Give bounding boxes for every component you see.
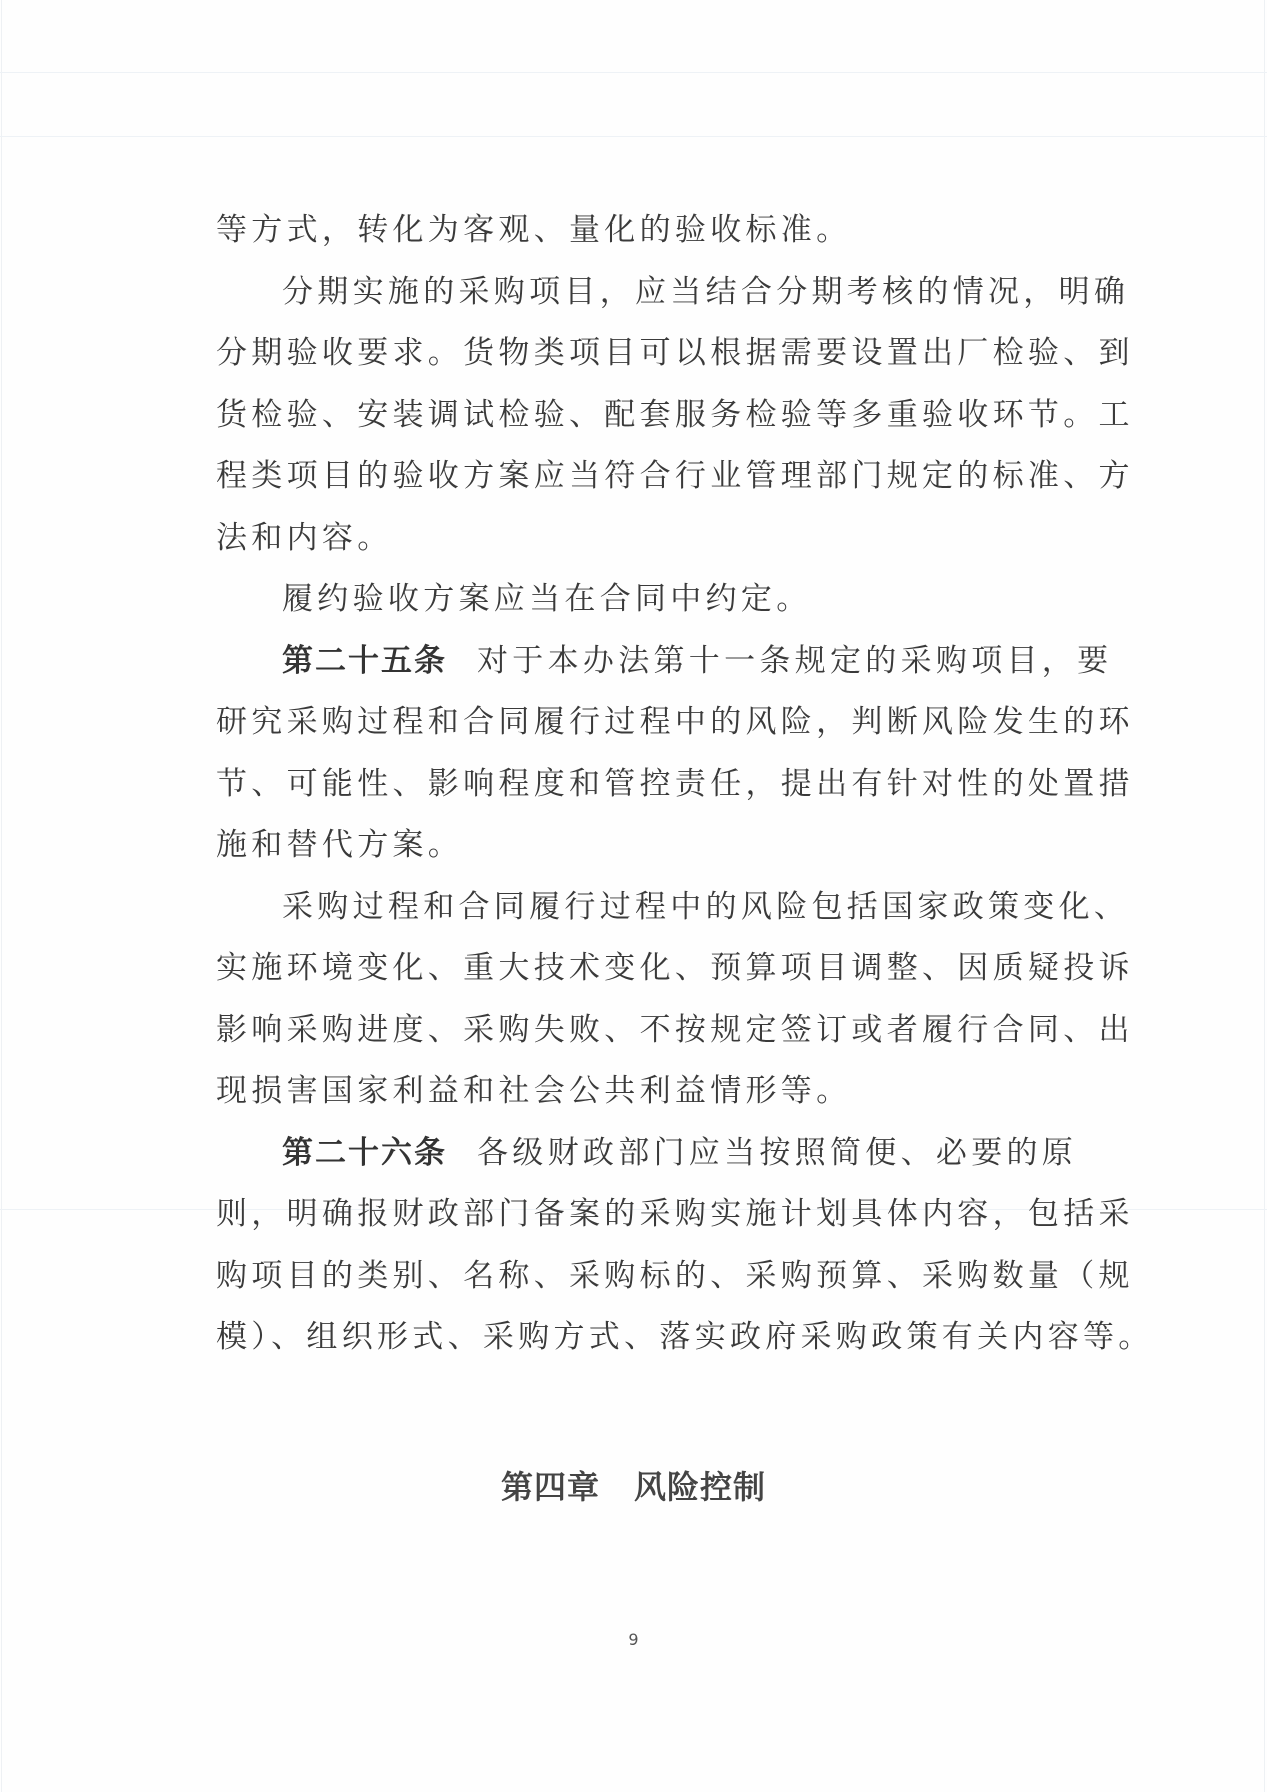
page-number: 9 [0,1630,1267,1649]
paragraph-line: 等方式，转化为客观、量化的验收标准。 [216,200,1052,262]
paragraph-line: 采购过程和合同履行过程中的风险包括国家政策变化、 [216,877,1052,939]
article-label: 第二十五条 [282,643,447,679]
paragraph-line: 施和替代方案。 [216,815,1052,877]
paragraph-line: 现损害国家利益和社会公共利益情形等。 [216,1061,1052,1123]
paragraph-line: 模）、组织形式、采购方式、落实政府采购政策有关内容等。 [216,1307,1052,1369]
document-body: 等方式，转化为客观、量化的验收标准。 分期实施的采购项目，应当结合分期考核的情况… [216,200,1052,1369]
article-label: 第二十六条 [282,1135,447,1171]
scan-edge-right [1264,0,1265,1792]
paragraph-line: 法和内容。 [216,508,1052,570]
chapter-title: 风险控制 [634,1468,766,1506]
scan-artifact-line [0,136,1267,137]
paragraph-line: 影响采购进度、采购失败、不按规定签订或者履行合同、出 [216,1000,1052,1062]
scan-artifact-line [0,72,1267,73]
paragraph-line: 分期实施的采购项目，应当结合分期考核的情况，明确 [216,262,1052,324]
paragraph-line: 程类项目的验收方案应当符合行业管理部门规定的标准、方 [216,446,1052,508]
article-first-line: 第二十六条各级财政部门应当按照简便、必要的原 [216,1123,1052,1185]
article-first-line: 第二十五条对于本办法第十一条规定的采购项目，要 [216,631,1052,693]
chapter-heading: 第四章风险控制 [0,1462,1267,1508]
paragraph-line: 分期验收要求。货物类项目可以根据需要设置出厂检验、到 [216,323,1052,385]
document-page: 等方式，转化为客观、量化的验收标准。 分期实施的采购项目，应当结合分期考核的情况… [0,0,1267,1792]
paragraph-line: 各级财政部门应当按照简便、必要的原 [477,1135,1077,1171]
paragraph-line: 履约验收方案应当在合同中约定。 [216,569,1052,631]
paragraph-line: 实施环境变化、重大技术变化、预算项目调整、因质疑投诉 [216,938,1052,1000]
paragraph-line: 对于本办法第十一条规定的采购项目，要 [477,643,1112,679]
paragraph-line: 节、可能性、影响程度和管控责任，提出有针对性的处置措 [216,754,1052,816]
paragraph-line: 则，明确报财政部门备案的采购实施计划具体内容，包括采 [216,1184,1052,1246]
chapter-number: 第四章 [501,1468,600,1506]
scan-edge-left [1,0,2,1792]
paragraph-line: 研究采购过程和合同履行过程中的风险，判断风险发生的环 [216,692,1052,754]
paragraph-line: 购项目的类别、名称、采购标的、采购预算、采购数量（规 [216,1246,1052,1308]
paragraph-line: 货检验、安装调试检验、配套服务检验等多重验收环节。工 [216,385,1052,447]
